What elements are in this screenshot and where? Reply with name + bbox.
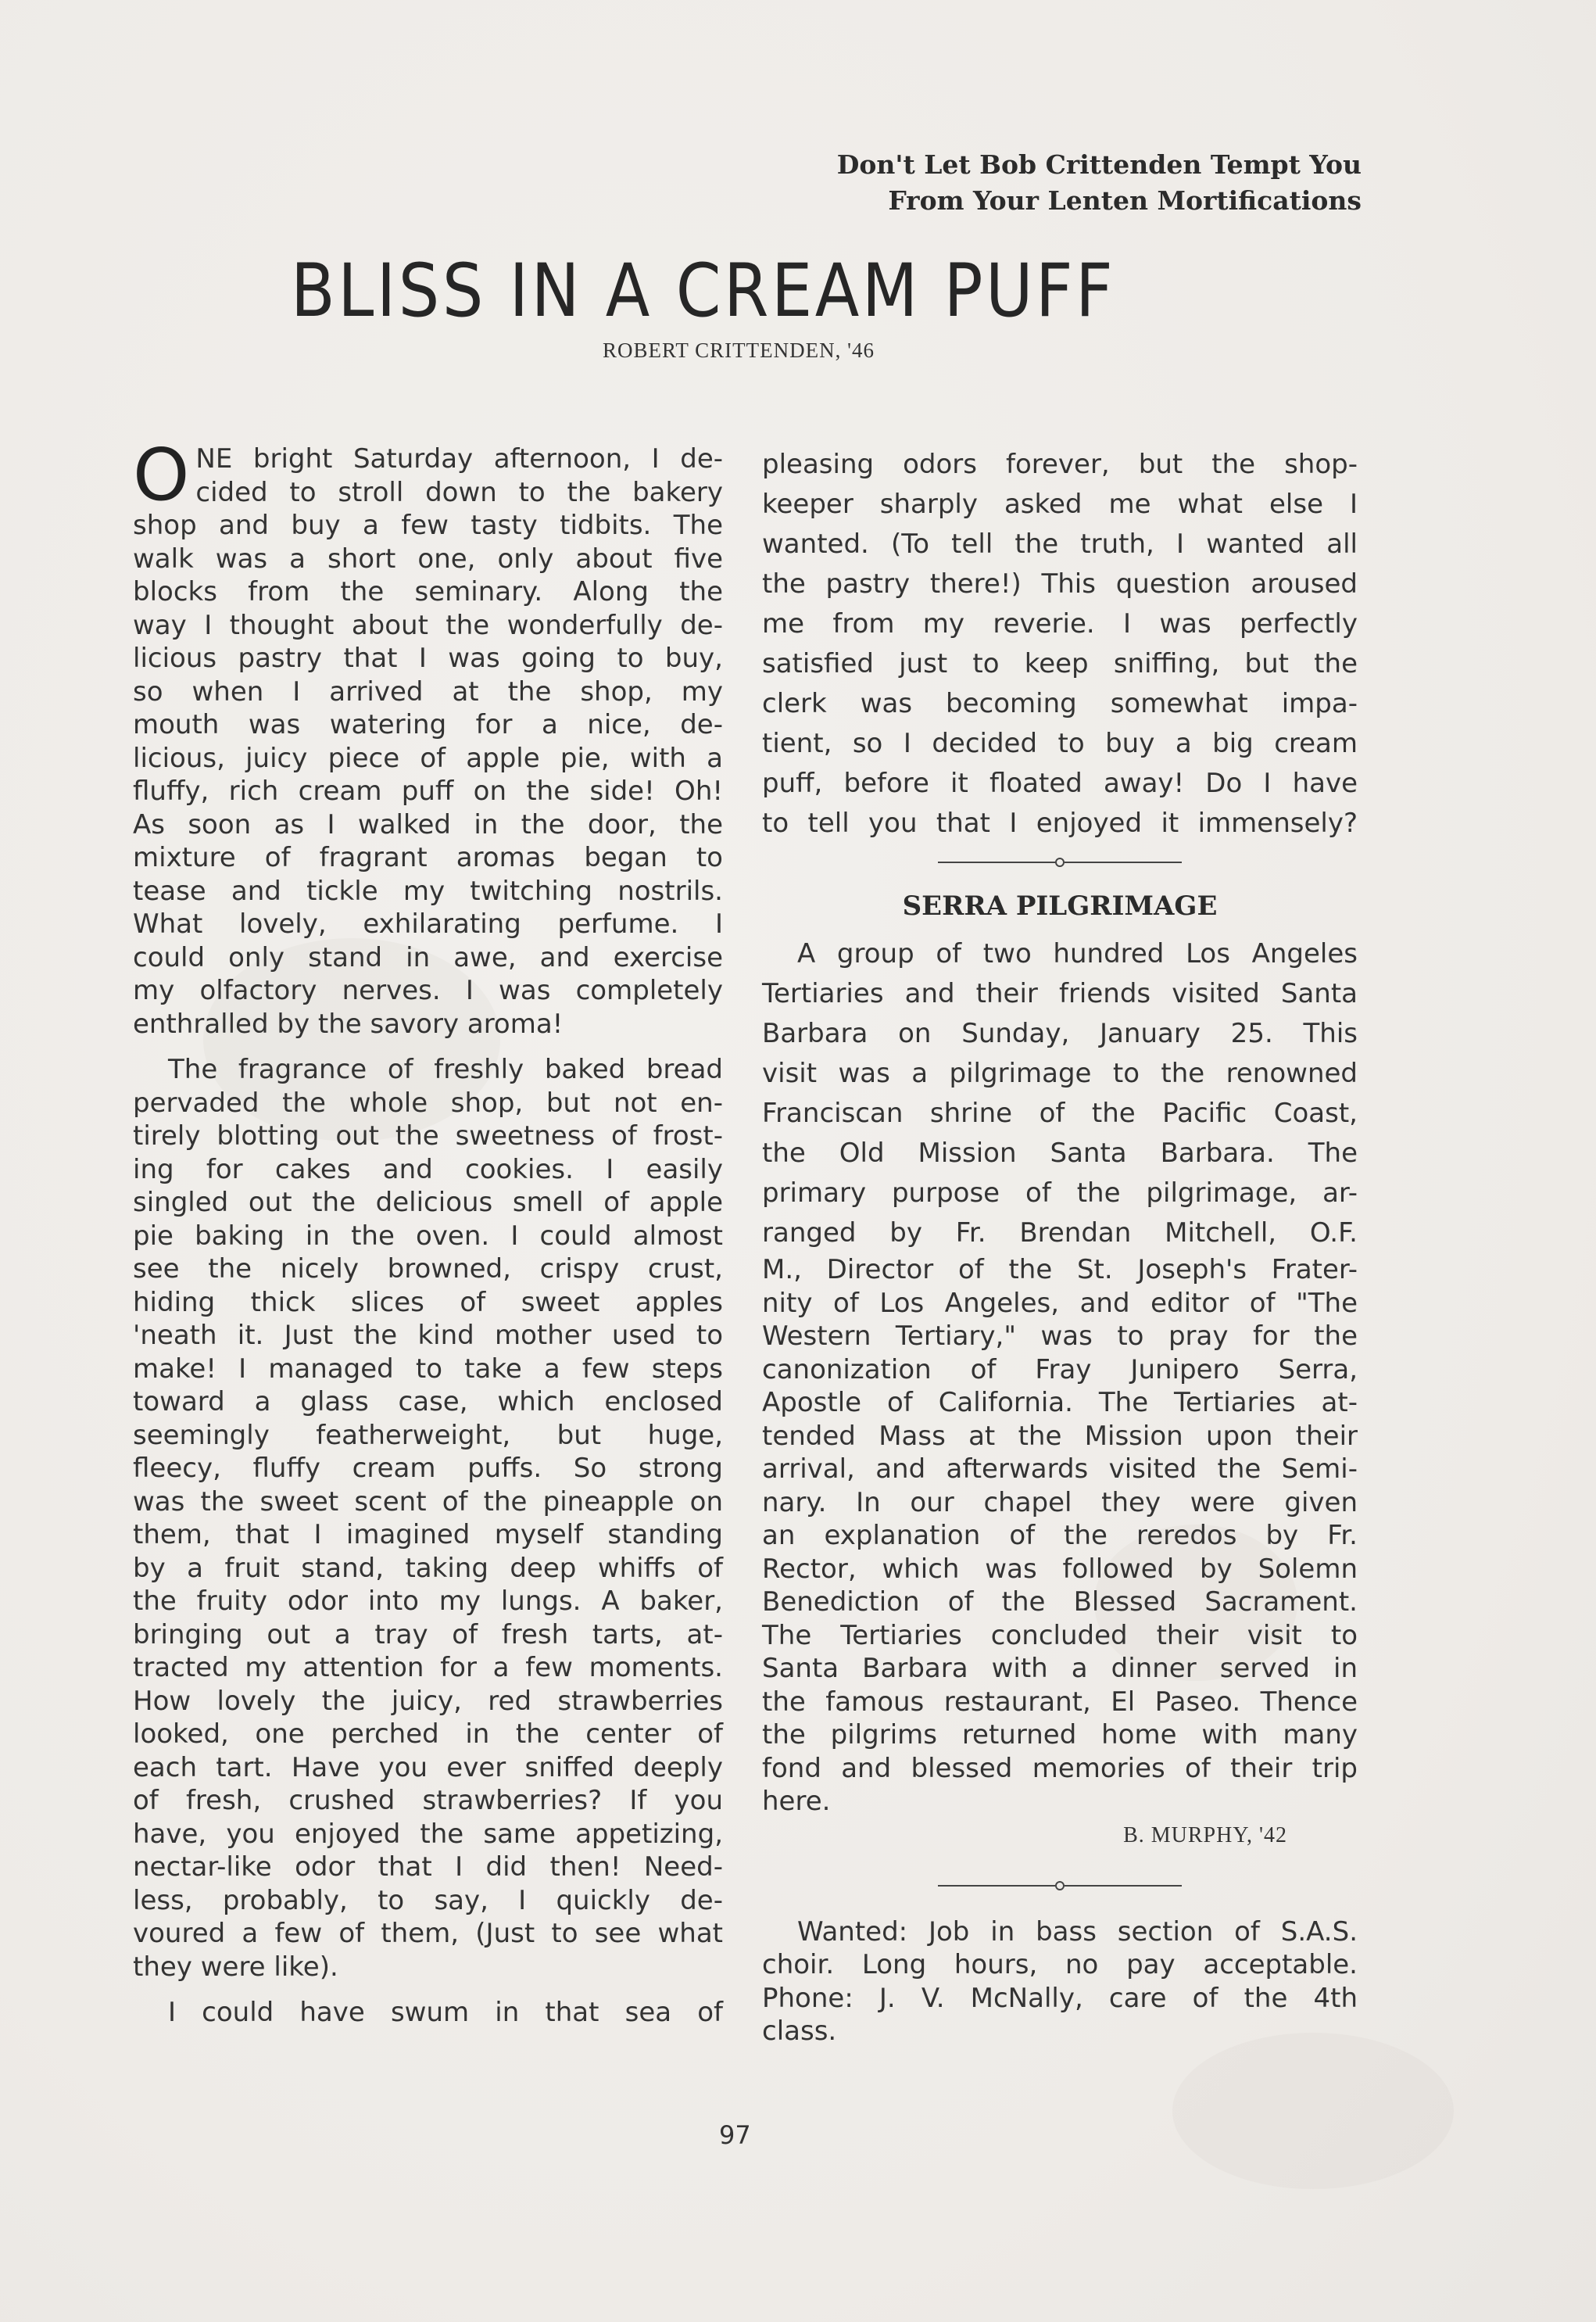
paragraph-3: I could have swum in that sea of — [133, 1996, 723, 2030]
text-line: Phone: J. V. McNally, care of the 4th — [762, 1982, 1358, 2016]
scanned-page: Don't Let Bob Crittenden Tempt You From … — [0, 0, 1596, 2322]
text-line: the Old Mission Santa Barbara. The — [762, 1134, 1358, 1174]
text-line: ranged by Fr. Brendan Mitchell, O.F. — [762, 1213, 1358, 1253]
text-line: the fruity odor into my lungs. A baker, — [133, 1585, 723, 1618]
text-line: canonization of Fray Junipero Serra, — [762, 1353, 1358, 1387]
text-line: The fragrance of freshly baked bread — [133, 1053, 723, 1087]
signature-b-murphy: B. MURPHY, '42 — [762, 1819, 1358, 1853]
text-line: puff, before it floated away! Do I have — [762, 764, 1358, 804]
text-line: shop and buy a few tasty tidbits. The — [133, 509, 723, 543]
text-line: Rector, which was followed by Solemn — [762, 1553, 1358, 1586]
section-heading-serra-pilgrimage: SERRA PILGRIMAGE — [762, 883, 1358, 930]
text-line: the pastry there!) This question aroused — [762, 564, 1358, 604]
text-line: pie baking in the oven. I could almost — [133, 1220, 723, 1253]
text-line: tease and tickle my twitching nostrils. — [133, 875, 723, 908]
text-line: each tart. Have you ever sniffed deeply — [133, 1751, 723, 1785]
paragraph-2: The fragrance of freshly baked bread per… — [133, 1053, 723, 1983]
text-line: to tell you that I enjoyed it immensely? — [762, 804, 1358, 844]
text-line: As soon as I walked in the door, the — [133, 808, 723, 842]
text-line: nectar-like odor that I did then! Need- — [133, 1851, 723, 1884]
text-line: Tertiaries and their friends visited San… — [762, 974, 1358, 1014]
text-line: licious, juicy piece of apple pie, with … — [133, 742, 723, 776]
article-continuation: pleasing odors forever, but the shop- ke… — [762, 445, 1358, 844]
article-tagline: Don't Let Bob Crittenden Tempt You From … — [837, 147, 1362, 219]
text-line: mouth was watering for a nice, de- — [133, 708, 723, 742]
text-line: How lovely the juicy, red strawberries — [133, 1685, 723, 1718]
article-byline: ROBERT CRITTENDEN, '46 — [0, 339, 1477, 363]
text-line: keeper sharply asked me what else I — [762, 485, 1358, 525]
text-line: nary. In our chapel they were given — [762, 1486, 1358, 1520]
text-line: satisfied just to keep sniffing, but the — [762, 644, 1358, 684]
text-line: voured a few of them, (Just to see what — [133, 1917, 723, 1951]
classified-ad: Wanted: Job in bass section of S.A.S. ch… — [762, 1915, 1358, 2048]
page-number: 97 — [719, 2120, 751, 2150]
drop-cap: O — [133, 444, 189, 507]
divider-ring-icon — [1055, 1881, 1065, 1890]
text-line: ing for cakes and cookies. I easily — [133, 1153, 723, 1187]
text-line: bringing out a tray of fresh tarts, at- — [133, 1618, 723, 1652]
text-line: A group of two hundred Los Angeles — [762, 934, 1358, 974]
tagline-line-1: Don't Let Bob Crittenden Tempt You — [837, 147, 1362, 183]
text-line: 'neath it. Just the kind mother used to — [133, 1319, 723, 1353]
paper-stain — [1172, 2033, 1454, 2189]
text-line: Apostle of California. The Tertiaries at… — [762, 1386, 1358, 1420]
text-line: NE bright Saturday afternoon, I de- — [133, 443, 723, 476]
text-line: wanted. (To tell the truth, I wanted all — [762, 525, 1358, 564]
text-line: them, that I imagined myself standing — [133, 1518, 723, 1552]
text-line: primary purpose of the pilgrimage, ar- — [762, 1174, 1358, 1213]
serra-pilgrimage-body: A group of two hundred Los Angeles Terti… — [762, 934, 1358, 1819]
text-line: tended Mass at the Mission upon their — [762, 1420, 1358, 1453]
text-line: of fresh, crushed strawberries? If you — [133, 1784, 723, 1818]
text-line: the pilgrims returned home with many — [762, 1718, 1358, 1752]
text-line: cided to stroll down to the bakery — [133, 476, 723, 510]
text-line: could only stand in awe, and exercise — [133, 941, 723, 975]
text-line: pervaded the whole shop, but not en- — [133, 1087, 723, 1120]
text-line: Western Tertiary," was to pray for the — [762, 1320, 1358, 1353]
text-line: M., Director of the St. Joseph's Frater- — [762, 1253, 1358, 1287]
text-line: tracted my attention for a few moments. — [133, 1651, 723, 1685]
text-line: class. — [762, 2015, 1358, 2048]
text-line: pleasing odors forever, but the shop- — [762, 445, 1358, 485]
text-line: Barbara on Sunday, January 25. This — [762, 1014, 1358, 1054]
text-line: here. — [762, 1785, 1358, 1819]
text-line: have, you enjoyed the same appetizing, — [133, 1818, 723, 1851]
text-line: blocks from the seminary. Along the — [133, 575, 723, 609]
text-line: less, probably, to say, I quickly de- — [133, 1884, 723, 1918]
tagline-line-2: From Your Lenten Mortifications — [837, 183, 1362, 219]
text-line: by a fruit stand, taking deep whiffs of — [133, 1552, 723, 1586]
text-line: fond and blessed memories of their trip — [762, 1752, 1358, 1786]
text-line: walk was a short one, only about five — [133, 543, 723, 576]
text-line: hiding thick slices of sweet apples — [133, 1286, 723, 1320]
left-column: O NE bright Saturday afternoon, I de- ci… — [133, 443, 723, 2030]
text-line: licious pastry that I was going to buy, — [133, 642, 723, 675]
text-line: way I thought about the wonderfully de- — [133, 609, 723, 643]
text-line: tirely blotting out the sweetness of fro… — [133, 1120, 723, 1153]
right-column: pleasing odors forever, but the shop- ke… — [762, 443, 1358, 2048]
section-divider — [762, 1870, 1358, 1901]
text-line: they were like). — [133, 1951, 723, 1984]
text-line: visit was a pilgrimage to the renowned — [762, 1054, 1358, 1094]
text-line: choir. Long hours, no pay acceptable. — [762, 1948, 1358, 1982]
text-line: I could have swum in that sea of — [133, 1996, 723, 2030]
text-line: an explanation of the reredos by Fr. — [762, 1519, 1358, 1553]
paragraph-1: O NE bright Saturday afternoon, I de- ci… — [133, 443, 723, 1041]
text-line: tient, so I decided to buy a big cream — [762, 724, 1358, 764]
text-line: nity of Los Angeles, and editor of "The — [762, 1287, 1358, 1320]
text-line: enthralled by the savory aroma! — [133, 1008, 723, 1041]
text-line: singled out the delicious smell of apple — [133, 1186, 723, 1220]
text-line: mixture of fragrant aromas began to — [133, 841, 723, 875]
text-line: Santa Barbara with a dinner served in — [762, 1652, 1358, 1686]
text-line: Franciscan shrine of the Pacific Coast, — [762, 1094, 1358, 1134]
text-line: toward a glass case, which enclosed — [133, 1385, 723, 1419]
text-line: so when I arrived at the shop, my — [133, 675, 723, 709]
text-line: was the sweet scent of the pineapple on — [133, 1485, 723, 1519]
text-line: clerk was becoming somewhat impa- — [762, 684, 1358, 724]
article-title: BLISS IN A CREAM PUFF — [291, 249, 1102, 335]
text-line: Benediction of the Blessed Sacrament. — [762, 1586, 1358, 1619]
text-line: make! I managed to take a few steps — [133, 1353, 723, 1386]
text-line: seemingly featherweight, but huge, — [133, 1419, 723, 1453]
text-line: Wanted: Job in bass section of S.A.S. — [762, 1915, 1358, 1949]
text-line: me from my reverie. I was perfectly — [762, 604, 1358, 644]
divider-ring-icon — [1055, 858, 1065, 867]
text-line: arrival, and afterwards visited the Semi… — [762, 1453, 1358, 1486]
text-line: the famous restaurant, El Paseo. Thence — [762, 1686, 1358, 1719]
section-divider — [762, 847, 1358, 878]
text-line: see the nicely browned, crispy crust, — [133, 1252, 723, 1286]
text-line: fleecy, fluffy cream puffs. So strong — [133, 1452, 723, 1485]
text-line: looked, one perched in the center of — [133, 1718, 723, 1751]
text-line: What lovely, exhilarating perfume. I — [133, 908, 723, 941]
text-line: The Tertiaries concluded their visit to — [762, 1619, 1358, 1653]
text-line: fluffy, rich cream puff on the side! Oh! — [133, 775, 723, 808]
text-line: my olfactory nerves. I was completely — [133, 974, 723, 1008]
